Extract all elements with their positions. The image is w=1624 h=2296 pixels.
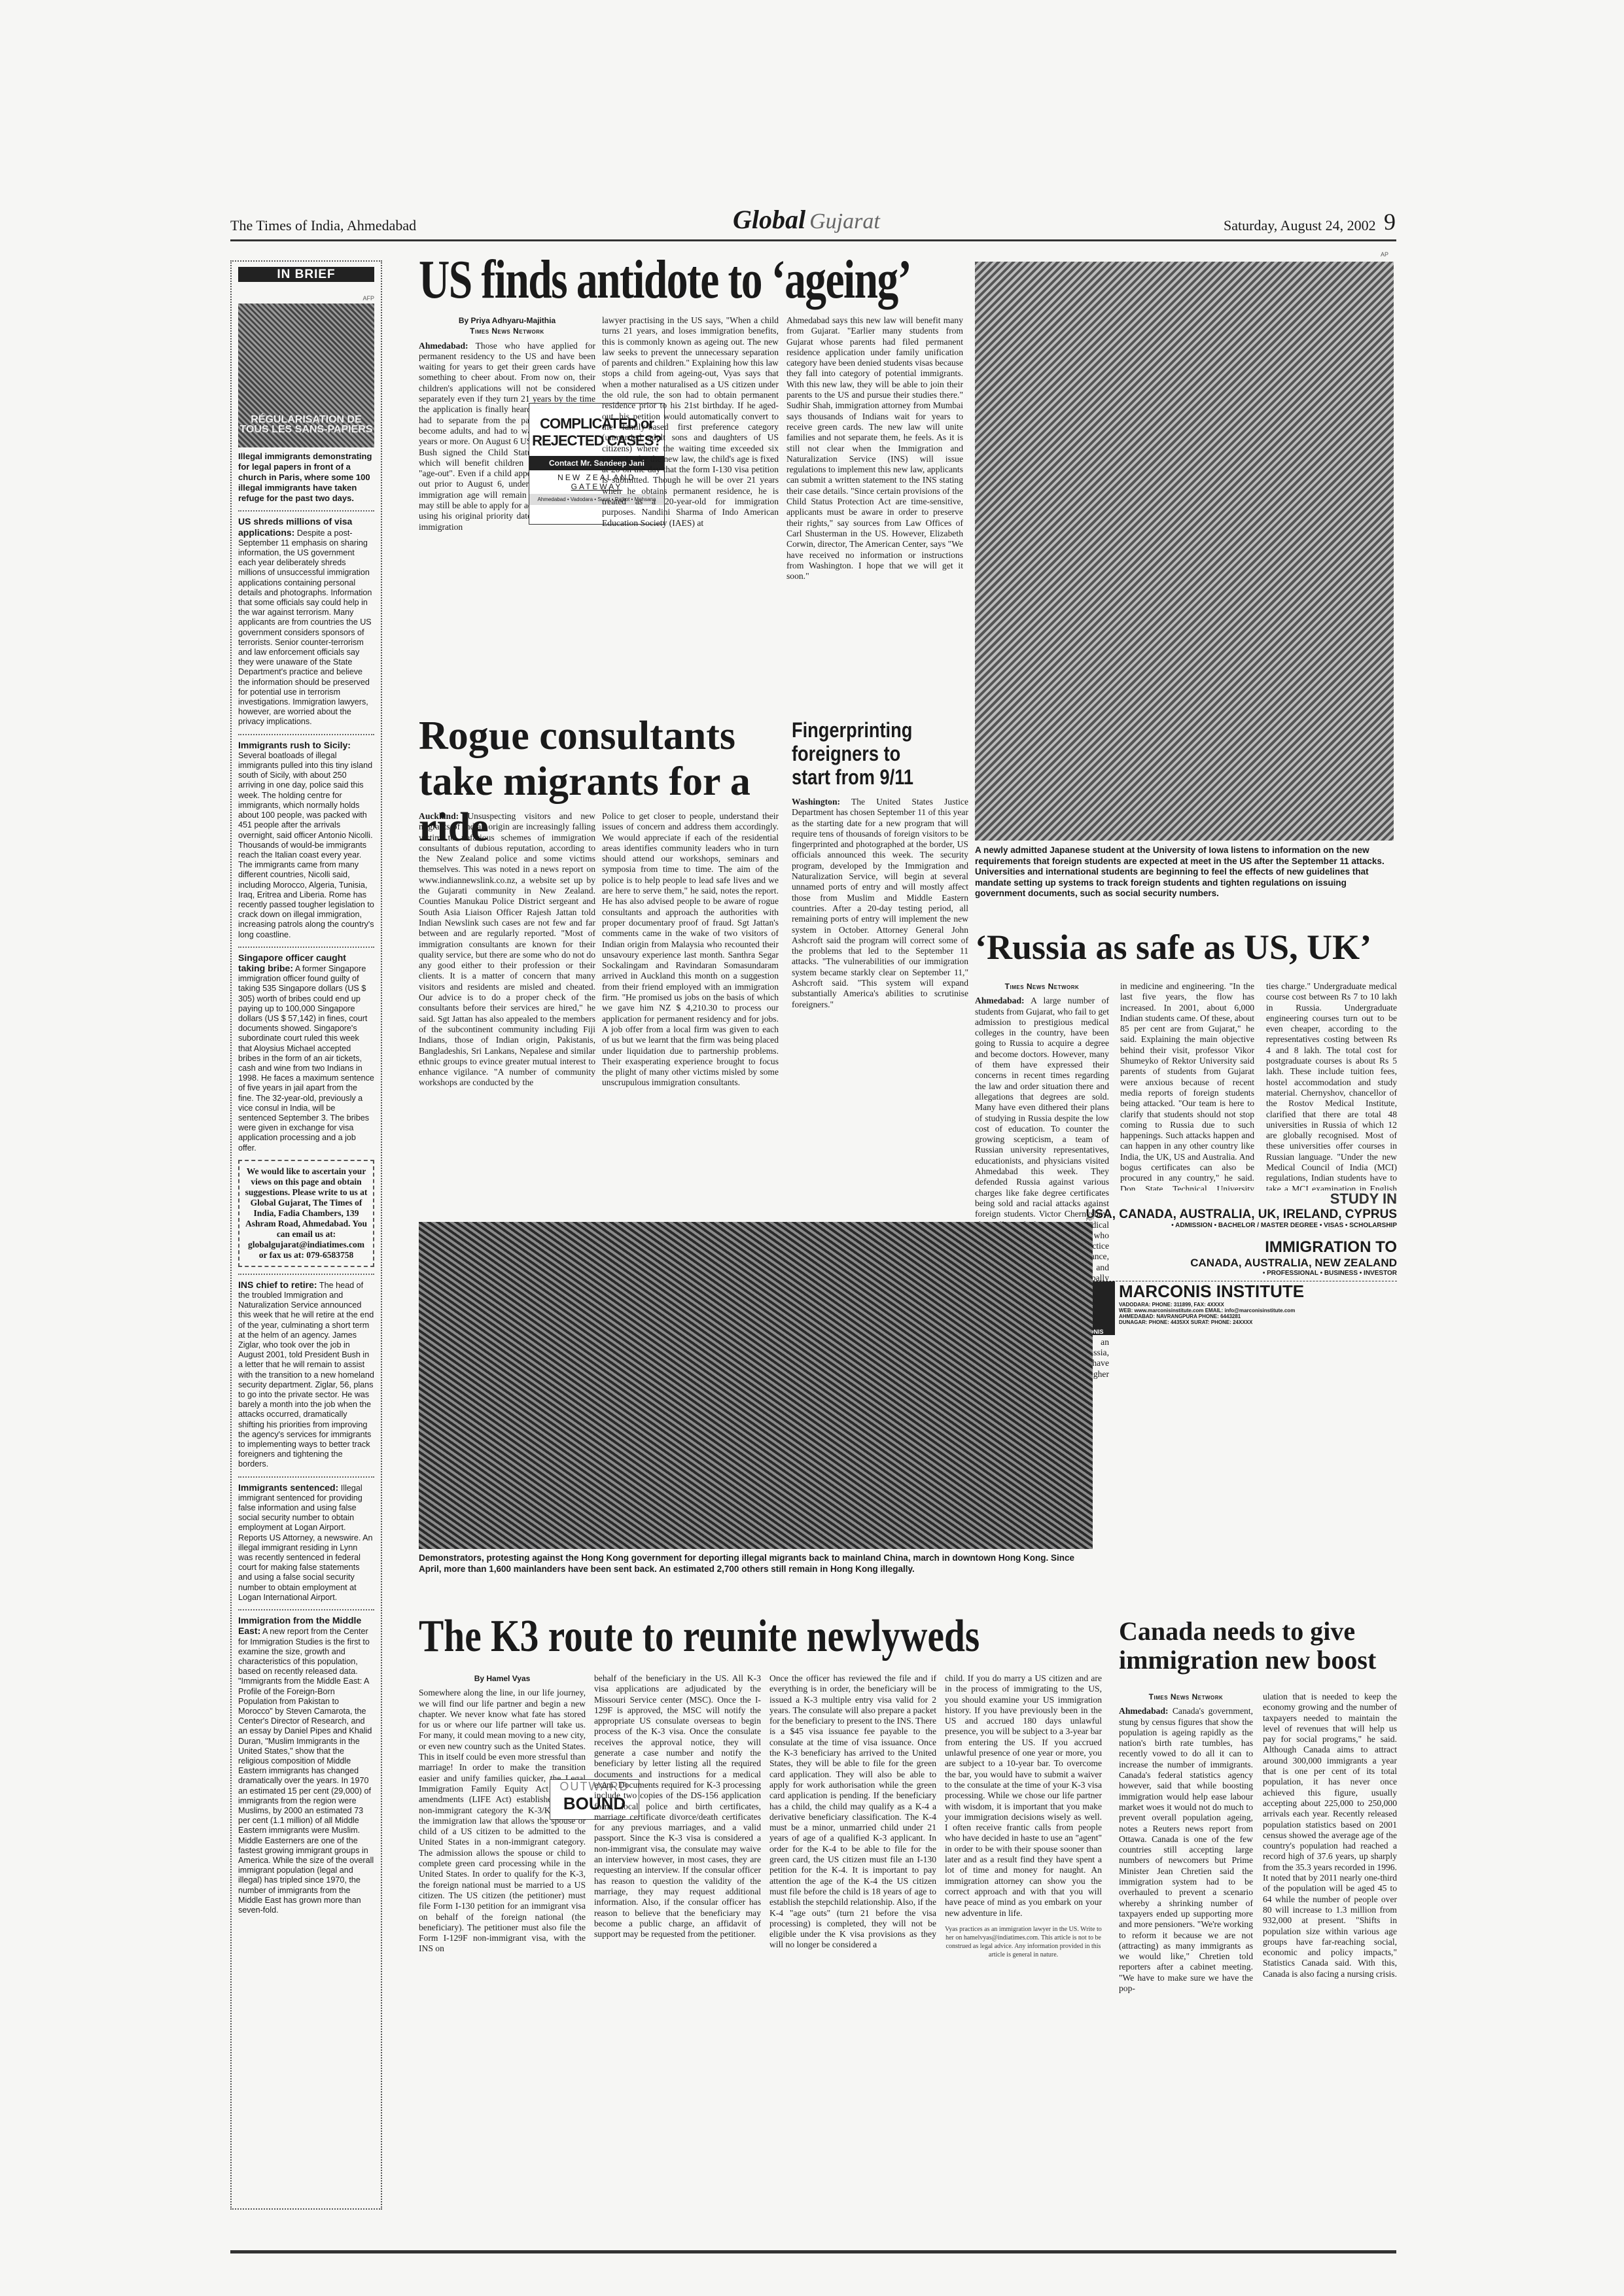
dateline: Auckland: (419, 811, 459, 821)
ad-study-in: STUDY IN (1060, 1191, 1397, 1208)
page-number: 9 (1384, 208, 1396, 235)
ad-institute-name: MARCONIS INSTITUTE (1119, 1281, 1304, 1302)
headline-ageing: US finds antidote to ‘ageing’ (419, 249, 911, 311)
ageing-col-2: lawyer practising in the US says, "When … (602, 315, 779, 529)
headline-k3: The K3 route to reunite newlyweds (419, 1610, 980, 1663)
brief-item: US shreds millions of visa applications:… (238, 510, 374, 727)
brief-item: INS chief to retire: The head of the tro… (238, 1274, 374, 1470)
brief-title: Immigrants sentenced: (238, 1482, 338, 1493)
canada-col-2: ulation that is needed to keep the econo… (1263, 1692, 1397, 1979)
author-note: Vyas practices as an immigration lawyer … (945, 1925, 1102, 1959)
reader-contact-box: We would like to ascertain your views on… (238, 1160, 374, 1267)
article-text: Canada's government, stung by census fig… (1119, 1706, 1253, 1993)
byline-network: Times News Network (975, 981, 1109, 992)
ad-imm-countries: CANADA, AUSTRALIA, NEW ZEALAND (1060, 1257, 1397, 1270)
ad-contact-line: VADODARA: PHONE: 311899, FAX: 4XXXX (1119, 1302, 1304, 1308)
article-text: The United States Justice Department has… (792, 797, 968, 1009)
publication-name: The Times of India, Ahmedabad (230, 217, 416, 234)
in-brief-column: IN BRIEF AFP RÉGULARISATION DE TOUS LES … (230, 260, 382, 2210)
byline-author: By Hamel Vyas (419, 1673, 586, 1684)
issue-date: Saturday, August 24, 2002 (1224, 217, 1376, 234)
ad-immigration-to: IMMIGRATION TO (1060, 1238, 1397, 1257)
fingerprint-body: Washington: The United States Justice De… (792, 797, 968, 1010)
article-text: Unsuspecting visitors and new migrants o… (419, 811, 595, 1087)
ad-contact-line: DUNAGAR: PHONE: 4435XX SURAT: PHONE: 24X… (1119, 1319, 1304, 1325)
hong-kong-photo-caption: Demonstrators, protesting against the Ho… (419, 1553, 1093, 1574)
byline: By Priya Adhyaru-MajithiaTimes News Netw… (419, 315, 595, 337)
student-photo-caption: A newly admitted Japanese student at the… (975, 845, 1394, 899)
russia-col-3: ties charge." Undergraduate medical cour… (1266, 981, 1397, 1191)
masthead-rule (230, 239, 1396, 241)
iowa-student-photo (975, 262, 1394, 841)
dateline: Ahmedabad: (419, 341, 468, 351)
paris-protest-photo: RÉGULARISATION DE TOUS LES SANS-PAPIERS (238, 304, 374, 447)
ad-contact-line: AHMEDABAD: NAVRANGPURA PHONE: 6443281 (1119, 1313, 1304, 1319)
ad-countries: USA, CANADA, AUSTRALIA, UK, IRELAND, CYP… (1060, 1208, 1397, 1222)
bottom-rule (230, 2250, 1396, 2253)
dateline: Washington: (792, 797, 840, 807)
headline-fingerprinting: Fingerprinting foreigners to start from … (792, 718, 942, 789)
brief-body: The head of the troubled Immigration and… (238, 1281, 374, 1469)
brief-title: INS chief to retire: (238, 1279, 317, 1290)
rogue-col-1: Auckland: Unsuspecting visitors and new … (419, 811, 595, 1088)
byline: Times News Network (1119, 1692, 1253, 1702)
section-title: GlobalGujarat (733, 204, 880, 235)
russia-col-2: in medicine and engineering. "In the las… (1120, 981, 1254, 1191)
brief-body: Despite a post-September 11 emphasis on … (238, 529, 372, 727)
byline-network: Times News Network (419, 326, 595, 336)
in-brief-heading: IN BRIEF (238, 267, 374, 282)
k3-col-4: child. If you do marry a US citizen and … (945, 1673, 1102, 1959)
byline-author: By Priya Adhyaru-Majithia (459, 316, 556, 325)
article-text: child. If you do marry a US citizen and … (945, 1673, 1102, 1918)
protest-banner-text: RÉGULARISATION DE TOUS LES SANS-PAPIERS (238, 415, 374, 434)
headline-canada: Canada needs to give immigration new boo… (1119, 1617, 1400, 1675)
byline-network: Times News Network (1119, 1692, 1253, 1702)
photo-credit: AP (1381, 251, 1388, 258)
photo-caption: Illegal immigrants demonstrating for leg… (238, 451, 374, 504)
article-text: Somewhere along the line, in our life jo… (419, 1688, 586, 1953)
brief-body: Several boatloads of illegal immigrants … (238, 751, 374, 939)
canada-col-1: Times News Network Ahmedabad: Canada's g… (1119, 1692, 1253, 1994)
ageing-col-3: Ahmedabad says this new law will benefit… (786, 315, 963, 582)
k3-col-2: behalf of the beneficiary in the US. All… (594, 1673, 761, 1939)
dateline: Ahmedabad: (1119, 1706, 1169, 1716)
ad-contact-line: WEB: www.marconisinstitute.com EMAIL: in… (1119, 1308, 1304, 1313)
dateline: Ahmedabad: (975, 996, 1025, 1005)
section-name: Global (733, 205, 805, 234)
ad-imm-services: • PROFESSIONAL • BUSINESS • INVESTOR (1060, 1270, 1397, 1277)
headline-russia: ‘Russia as safe as US, UK’ (975, 928, 1371, 967)
rogue-col-2: Police to get closer to people, understa… (602, 811, 779, 1088)
brief-item: Singapore officer caught taking bribe: A… (238, 947, 374, 1153)
brief-body: A new report from the Center for Immigra… (238, 1627, 374, 1915)
brief-body: Illegal immigrant sentenced for providin… (238, 1484, 373, 1602)
k3-col-3: Once the officer has reviewed the file a… (769, 1673, 936, 1951)
photo-credit: AFP (238, 294, 374, 304)
byline: Times News Network (975, 981, 1109, 992)
brief-body: A former Singapore immigration officer f… (238, 964, 374, 1153)
brief-title: Immigrants rush to Sicily: (238, 740, 351, 750)
brief-item: Immigrants sentenced: Illegal immigrant … (238, 1476, 374, 1603)
section-subname: Gujarat (809, 209, 880, 234)
ad-marconis-institute[interactable]: STUDY IN USA, CANADA, AUSTRALIA, UK, IRE… (1060, 1191, 1397, 1335)
hong-kong-protest-photo (419, 1222, 1093, 1549)
photo-credit: AP (1086, 1215, 1094, 1222)
ad-services: • ADMISSION • BACHELOR / MASTER DEGREE •… (1060, 1222, 1397, 1229)
brief-item: Immigrants rush to Sicily: Several boatl… (238, 734, 374, 940)
brief-item: Immigration from the Middle East: A new … (238, 1609, 374, 1915)
